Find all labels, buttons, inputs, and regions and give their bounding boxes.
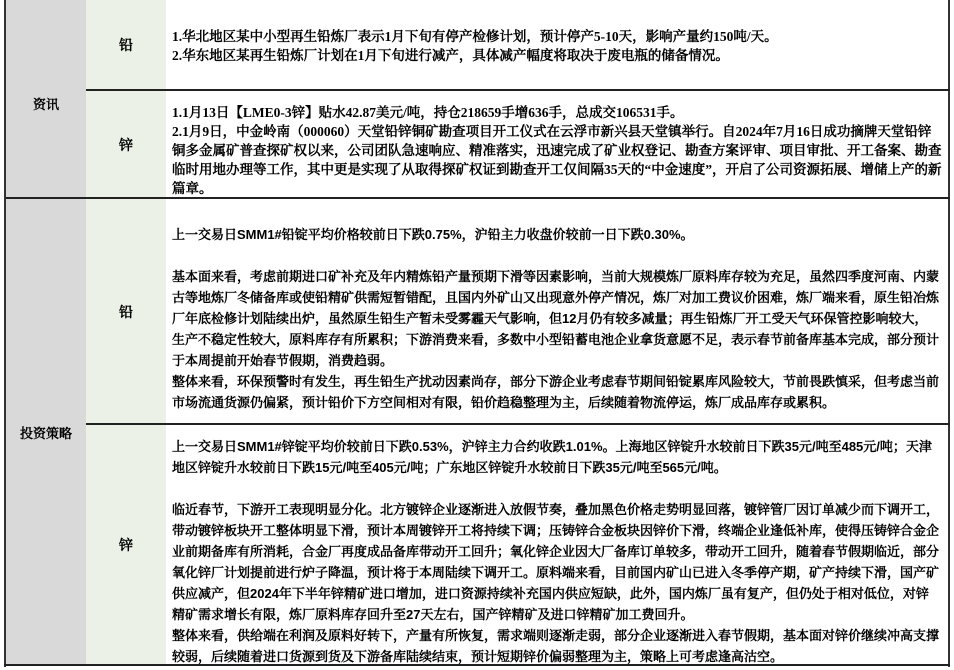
metal-zinc-strategy: 锌	[86, 425, 166, 665]
category-strategy: 投资策略	[6, 199, 86, 665]
strategy-paragraph: 临近春节，下游开工表现明显分化。北方镀锌企业逐渐进入放假节奏，叠加黑色价格走势明…	[172, 499, 940, 625]
lead-strategy-content: 上一交易日SMM1#铅锭平均价格较前日下跌0.75%，沪铅主力收盘价较前一日下跌…	[166, 224, 948, 413]
news-item: 1.华北地区某中小型再生铅炼厂表示1月下旬有停产检修计划，预计停产5-10天，影…	[172, 27, 948, 46]
category-label: 投资策略	[20, 423, 72, 442]
metal-lead-strategy: 铅	[86, 199, 166, 424]
news-item: 1.1月13日【LME0-3锌】贴水42.87美元/吨，持仓218659手增63…	[172, 103, 942, 122]
strategy-paragraph: 基本面来看，考虑前期进口矿补充及年内精炼铅产量预期下滑等因素影响，当前大规模炼厂…	[172, 266, 940, 371]
news-item: 2.1月9日，中金岭南（000060）天堂铅锌铜矿勘查项目开工仪式在云浮市新兴县…	[172, 122, 942, 198]
strategy-paragraph: 整体来看，环保预警时有发生，再生铅生产扰动因素尚存，部分下游企业考虑春节期间铅锭…	[172, 371, 940, 413]
price-summary: 上一交易日SMM1#铅锭平均价格较前日下跌0.75%，沪铅主力收盘价较前一日下跌…	[172, 224, 940, 245]
price-summary: 上一交易日SMM1#锌锭平均价较前日下跌0.53%，沪锌主力合约收跌1.01%。…	[172, 436, 940, 478]
zinc-strategy-content: 上一交易日SMM1#锌锭平均价较前日下跌0.53%，沪锌主力合约收跌1.01%。…	[166, 436, 948, 667]
table-bottom-border	[4, 664, 950, 666]
news-item: 2.华东地区某再生铅炼厂计划在1月下旬进行减产，具体减产幅度将取决于废电瓶的储备…	[172, 46, 948, 65]
zinc-news-content: 1.1月13日【LME0-3锌】贴水42.87美元/吨，持仓218659手增63…	[166, 103, 946, 198]
metal-zinc-news: 锌	[86, 91, 166, 198]
row-divider	[86, 423, 950, 425]
metal-label: 铅	[119, 302, 133, 322]
strategy-paragraph: 整体来看，供给端在利润及原料好转下，产量有所恢复，需求端则逐渐走弱，部分企业逐渐…	[172, 625, 940, 667]
category-news: 资讯	[6, 0, 86, 198]
category-label: 资讯	[33, 94, 59, 113]
metal-lead-news: 铅	[86, 0, 166, 90]
metal-label: 铅	[119, 35, 133, 55]
metal-label: 锌	[119, 535, 133, 555]
lead-news-content: 1.华北地区某中小型再生铅炼厂表示1月下旬有停产检修计划，预计停产5-10天，影…	[166, 27, 948, 65]
row-divider	[86, 89, 950, 91]
metal-label: 锌	[119, 135, 133, 155]
